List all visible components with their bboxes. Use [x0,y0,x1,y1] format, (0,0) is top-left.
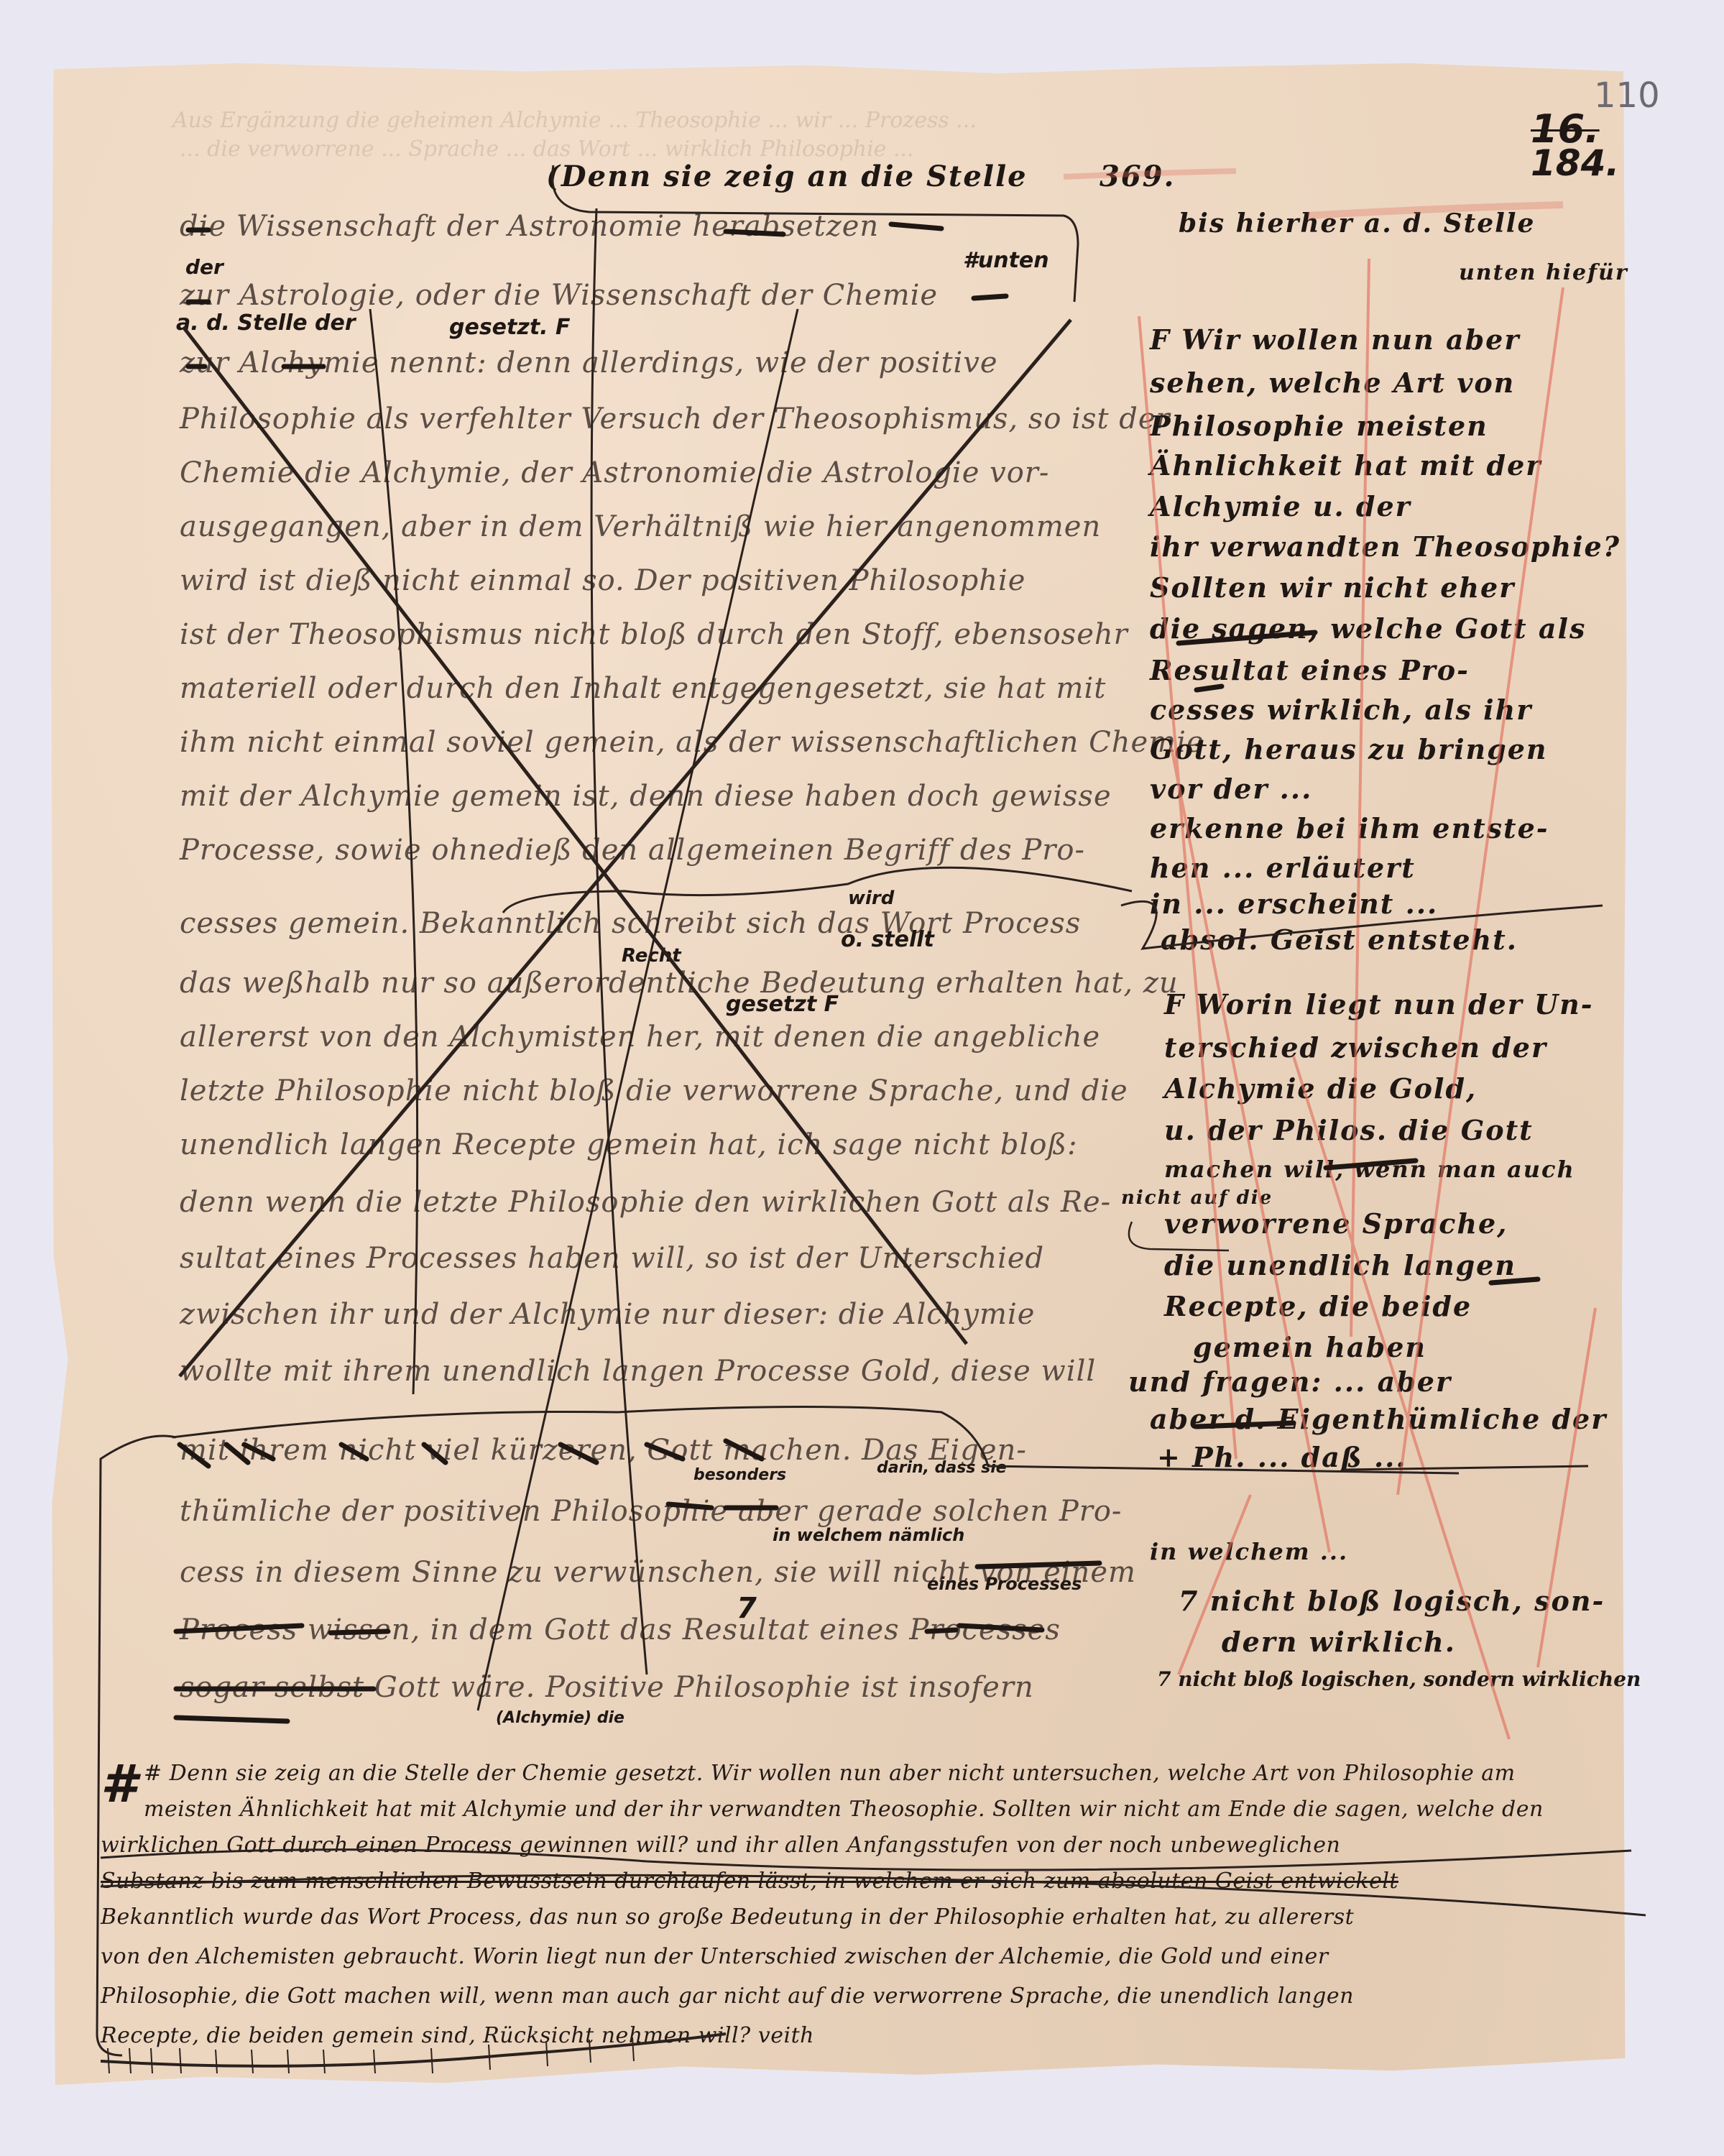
margin-note-line: + Ph. ... daß ... [1157,1441,1407,1473]
text-line: zwischen ihr und der Alchymie nur dieser… [180,1298,1035,1331]
text-line: wird ist dieß nicht einmal so. Der posit… [180,564,1025,597]
margin-note-line: erkenne bei ihm entste- [1150,812,1549,844]
margin-note-line: und fragen: ... aber [1128,1365,1452,1398]
footnote-line-struck: Substanz bis zum menschlichen Bewusstsei… [101,1869,1398,1894]
margin-note-line: hen ... erläutert [1150,852,1416,884]
text-line: Philosophie als verfehlter Versuch der T… [180,402,1171,436]
footnote-marker: # [101,1754,137,1814]
margin-note-line: terschied zwischen der [1164,1031,1547,1064]
bleed-through-text: ... die verworrene ... Sprache ... das W… [180,137,914,162]
margin-note-line: Gott, heraus zu bringen [1150,733,1548,765]
text-line: denn wenn die letzte Philosophie den wir… [180,1186,1111,1219]
text-line: Process wissen, in dem Gott das Resultat… [180,1613,1061,1646]
interlinear-insertion: darin, dass sie [877,1459,1007,1477]
text-line: ist der Theosophismus nicht bloß durch d… [180,618,1128,651]
text-line: unendlich langen Recepte gemein hat, ich… [180,1128,1078,1161]
margin-note-line: cesses wirklich, als ihr [1150,694,1532,726]
margin-note-line: verworrene Sprache, [1164,1207,1508,1240]
footnote-line: von den Alchemisten gebraucht. Worin lie… [101,1944,1329,1969]
footnote-line: Philosophie, die Gott machen will, wenn … [101,1984,1354,2009]
margin-note-line: vor der ... [1150,773,1312,805]
margin-note-line: absol. Geist entsteht. [1161,923,1518,956]
margin-note-line: aber d. Eigenthümliche der [1150,1403,1607,1435]
interlinear-insertion: wird [848,888,894,909]
margin-note-line: dern wirklich. [1222,1626,1456,1658]
margin-note-top: bis hierher a. d. Stelle [1179,208,1535,239]
footnote-line: Recepte, die beiden gemein sind, Rücksic… [101,2023,814,2048]
margin-note-line: gemein haben [1193,1331,1426,1363]
insertion-mark: 7 [737,1592,757,1625]
interlinear-insertion: gesetzt. F [449,315,571,340]
page-number: 184. [1531,142,1619,184]
text-line: Processe, sowie ohnedieß den allgemeinen… [180,834,1085,867]
interlinear-insertion: a. d. Stelle der [176,310,356,336]
text-line: wollte mit ihrem unendlich langen Proces… [180,1355,1096,1388]
text-line: zur Alchymie nennt: denn allerdings, wie… [180,346,998,379]
footnote-line: meisten Ähnlichkeit hat mit Alchymie und… [144,1797,1544,1822]
interlinear-insertion: besonders [693,1466,786,1484]
margin-note-line: nicht auf die [1121,1187,1273,1209]
margin-note-line: Recepte, die beide [1164,1290,1472,1322]
text-line: materiell oder durch den Inhalt entgegen… [180,672,1106,705]
margin-note-line: sehen, welche Art von [1150,367,1515,399]
margin-note-line: Alchymie u. der [1150,490,1411,522]
text-line: allererst von den Alchymisten her, mit d… [180,1021,1100,1054]
margin-note-line: in ... erscheint ... [1150,888,1438,920]
margin-note-line: Ähnlichkeit hat mit der [1150,449,1541,482]
footnote-line: Bekanntlich wurde das Wort Process, das … [101,1904,1354,1930]
text-line: ausgegangen, aber in dem Verhältniß wie … [180,510,1101,543]
text-line: sultat eines Processes haben will, so is… [180,1242,1044,1275]
interlinear-insertion: der [185,255,223,279]
header-note: (Denn sie zeig an die Stelle [546,160,1028,193]
margin-note-line: u. der Philos. die Gott [1164,1114,1534,1146]
text-line: ihm nicht einmal soviel gemein, als der … [180,726,1204,759]
margin-note-line: ihr verwandten Theosophie? [1150,530,1621,563]
text-line: thümliche der positiven Philosophie aber… [180,1495,1122,1528]
interlinear-insertion: eines Processes [927,1574,1082,1594]
margin-note-line: die unendlich langen [1164,1249,1516,1281]
margin-note-line: Alchymie die Gold, [1164,1072,1477,1105]
margin-note-line: F Worin liegt nun der Un- [1164,988,1594,1021]
margin-note-line: Sollten wir nicht eher [1150,571,1515,604]
interlinear-insertion: gesetzt F [726,992,839,1017]
margin-note-line: in welchem ... [1150,1538,1348,1565]
footnote-line: # Denn sie zeig an die Stelle der Chemie… [144,1761,1516,1786]
margin-note-line: Resultat eines Pro- [1150,654,1470,686]
header-reference: 369. [1100,160,1175,193]
text-line: sogar selbst Gott wäre. Positive Philoso… [180,1671,1034,1704]
margin-note-line: machen will, wenn man auch [1164,1156,1575,1183]
margin-note-line: F Wir wollen nun aber [1150,323,1520,356]
bleed-through-text: Aus Ergänzung die geheimen Alchymie ... … [172,108,977,133]
text-line: letzte Philosophie nicht bloß die verwor… [180,1074,1128,1107]
margin-note-top: unten hiefür [1459,260,1628,285]
margin-note-line: 7 nicht bloß logischen, sondern wirklich… [1157,1667,1641,1691]
margin-note-line: 7 nicht bloß logisch, son- [1179,1585,1605,1617]
interlinear-insertion: (Alchymie) die [496,1709,624,1727]
text-line: Chemie die Alchymie, der Astronomie die … [180,456,1049,489]
text-line: zur Astrologie, oder die Wissenschaft de… [180,279,938,312]
interlinear-insertion: in welchem nämlich [773,1525,964,1545]
text-line: mit der Alchymie gemein ist, denn diese … [180,780,1112,813]
interlinear-insertion: o. stellt [841,927,934,952]
footnote-line: wirklichen Gott durch einen Process gewi… [101,1833,1340,1858]
interlinear-insertion: #unten [963,248,1049,273]
text-line: das weßhalb nur so außerordentliche Bede… [180,967,1179,1000]
folio-number: 110 [1594,75,1660,116]
margin-note-line: Philosophie meisten [1150,410,1488,442]
text-line: die Wissenschaft der Astronomie herabset… [180,210,879,243]
text-line: cesses gemein. Bekanntlich schreibt sich… [180,907,1081,940]
margin-note-line: die sagen, welche Gott als [1150,612,1586,645]
interlinear-insertion: Recht [622,945,681,967]
